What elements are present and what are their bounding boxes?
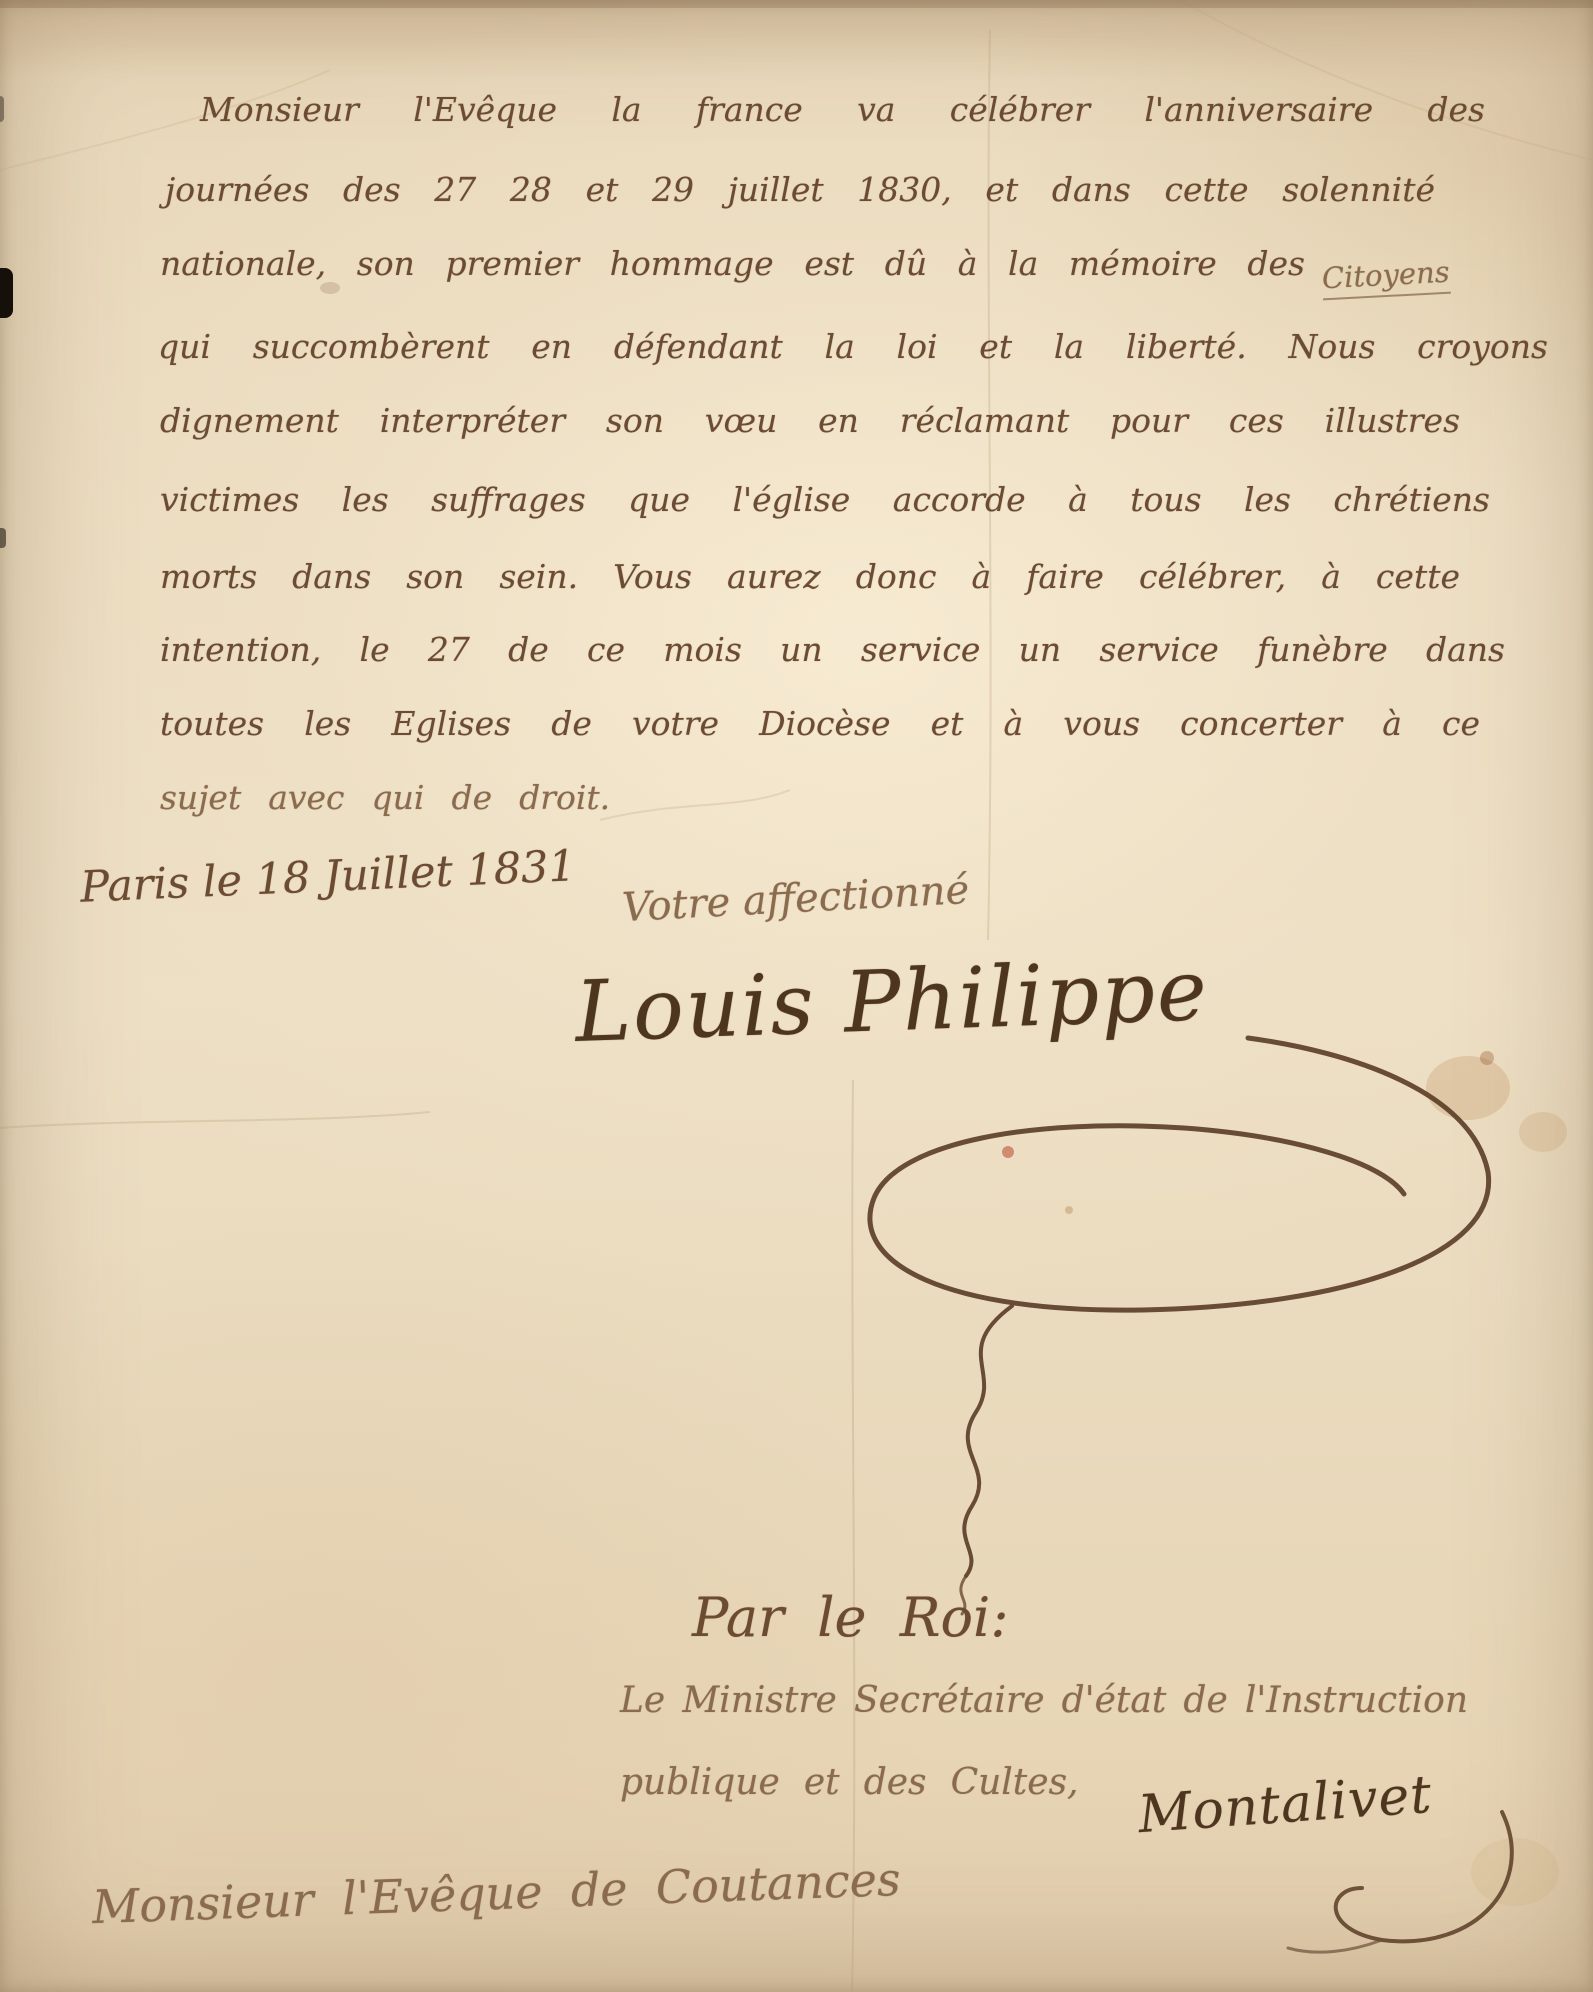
letter-line: intention, le 27 de ce mois un service u…	[160, 628, 1505, 672]
letter-line: journées des 27 28 et 29 juillet 1830, e…	[165, 168, 1435, 212]
letter-line-last: sujet avec qui de droit.	[160, 778, 610, 817]
ink-blot-stain	[1426, 1056, 1510, 1120]
scan-edge-artifact-small	[0, 528, 6, 548]
letter-line: morts dans son sein. Vous aurez donc à f…	[160, 555, 1460, 599]
letter-line: qui succombèrent en défendant la loi et …	[158, 325, 1548, 369]
letter-line: Monsieur l'Evêque la france va célébrer …	[200, 88, 1485, 132]
ink-blot-stain-small	[1519, 1112, 1567, 1152]
red-wax-dot	[1002, 1146, 1014, 1158]
royal-signature-flourish	[870, 1038, 1489, 1614]
royal-signature: Louis Philippe	[573, 941, 1210, 1061]
scan-top-edge	[0, 0, 1593, 8]
minister-signature: Montalivet	[1136, 1765, 1434, 1845]
faint-stain	[1471, 1838, 1559, 1906]
recipient-line: Monsieur l'Evêque de Coutances	[91, 1852, 901, 1934]
minister-signature-flourish	[1288, 1812, 1512, 1952]
paper-speck	[1065, 1206, 1073, 1214]
letter-line: victimes les suffrages que l'église acco…	[160, 478, 1490, 522]
letter-line: nationale, son premier hommage est dû à …	[160, 242, 1305, 286]
corner-crease	[1180, 0, 1593, 160]
scan-edge-artifact	[0, 268, 13, 318]
minister-title-line-2: publique et des Cultes,	[620, 1762, 1079, 1803]
scan-edge-artifact-tiny	[0, 96, 4, 122]
authority-line: Par le Roi:	[692, 1586, 1009, 1649]
manuscript-letter-scan: Monsieur l'Evêque la france va célébrer …	[0, 0, 1593, 1992]
small-crease	[600, 790, 790, 820]
letter-line: toutes les Eglises de votre Diocèse et à…	[160, 702, 1480, 746]
horizontal-crease	[0, 1112, 430, 1128]
inserted-word-citoyens: Citoyens	[1321, 255, 1451, 301]
letter-line: dignement interpréter son vœu en réclama…	[160, 399, 1460, 443]
dark-speck	[1480, 1051, 1494, 1065]
minister-title-line-1: Le Ministre Secrétaire d'état de l'Instr…	[620, 1680, 1468, 1721]
dateline: Paris le 18 Juillet 1831	[79, 841, 577, 913]
closing-salutation: Votre affectionné	[621, 867, 970, 931]
